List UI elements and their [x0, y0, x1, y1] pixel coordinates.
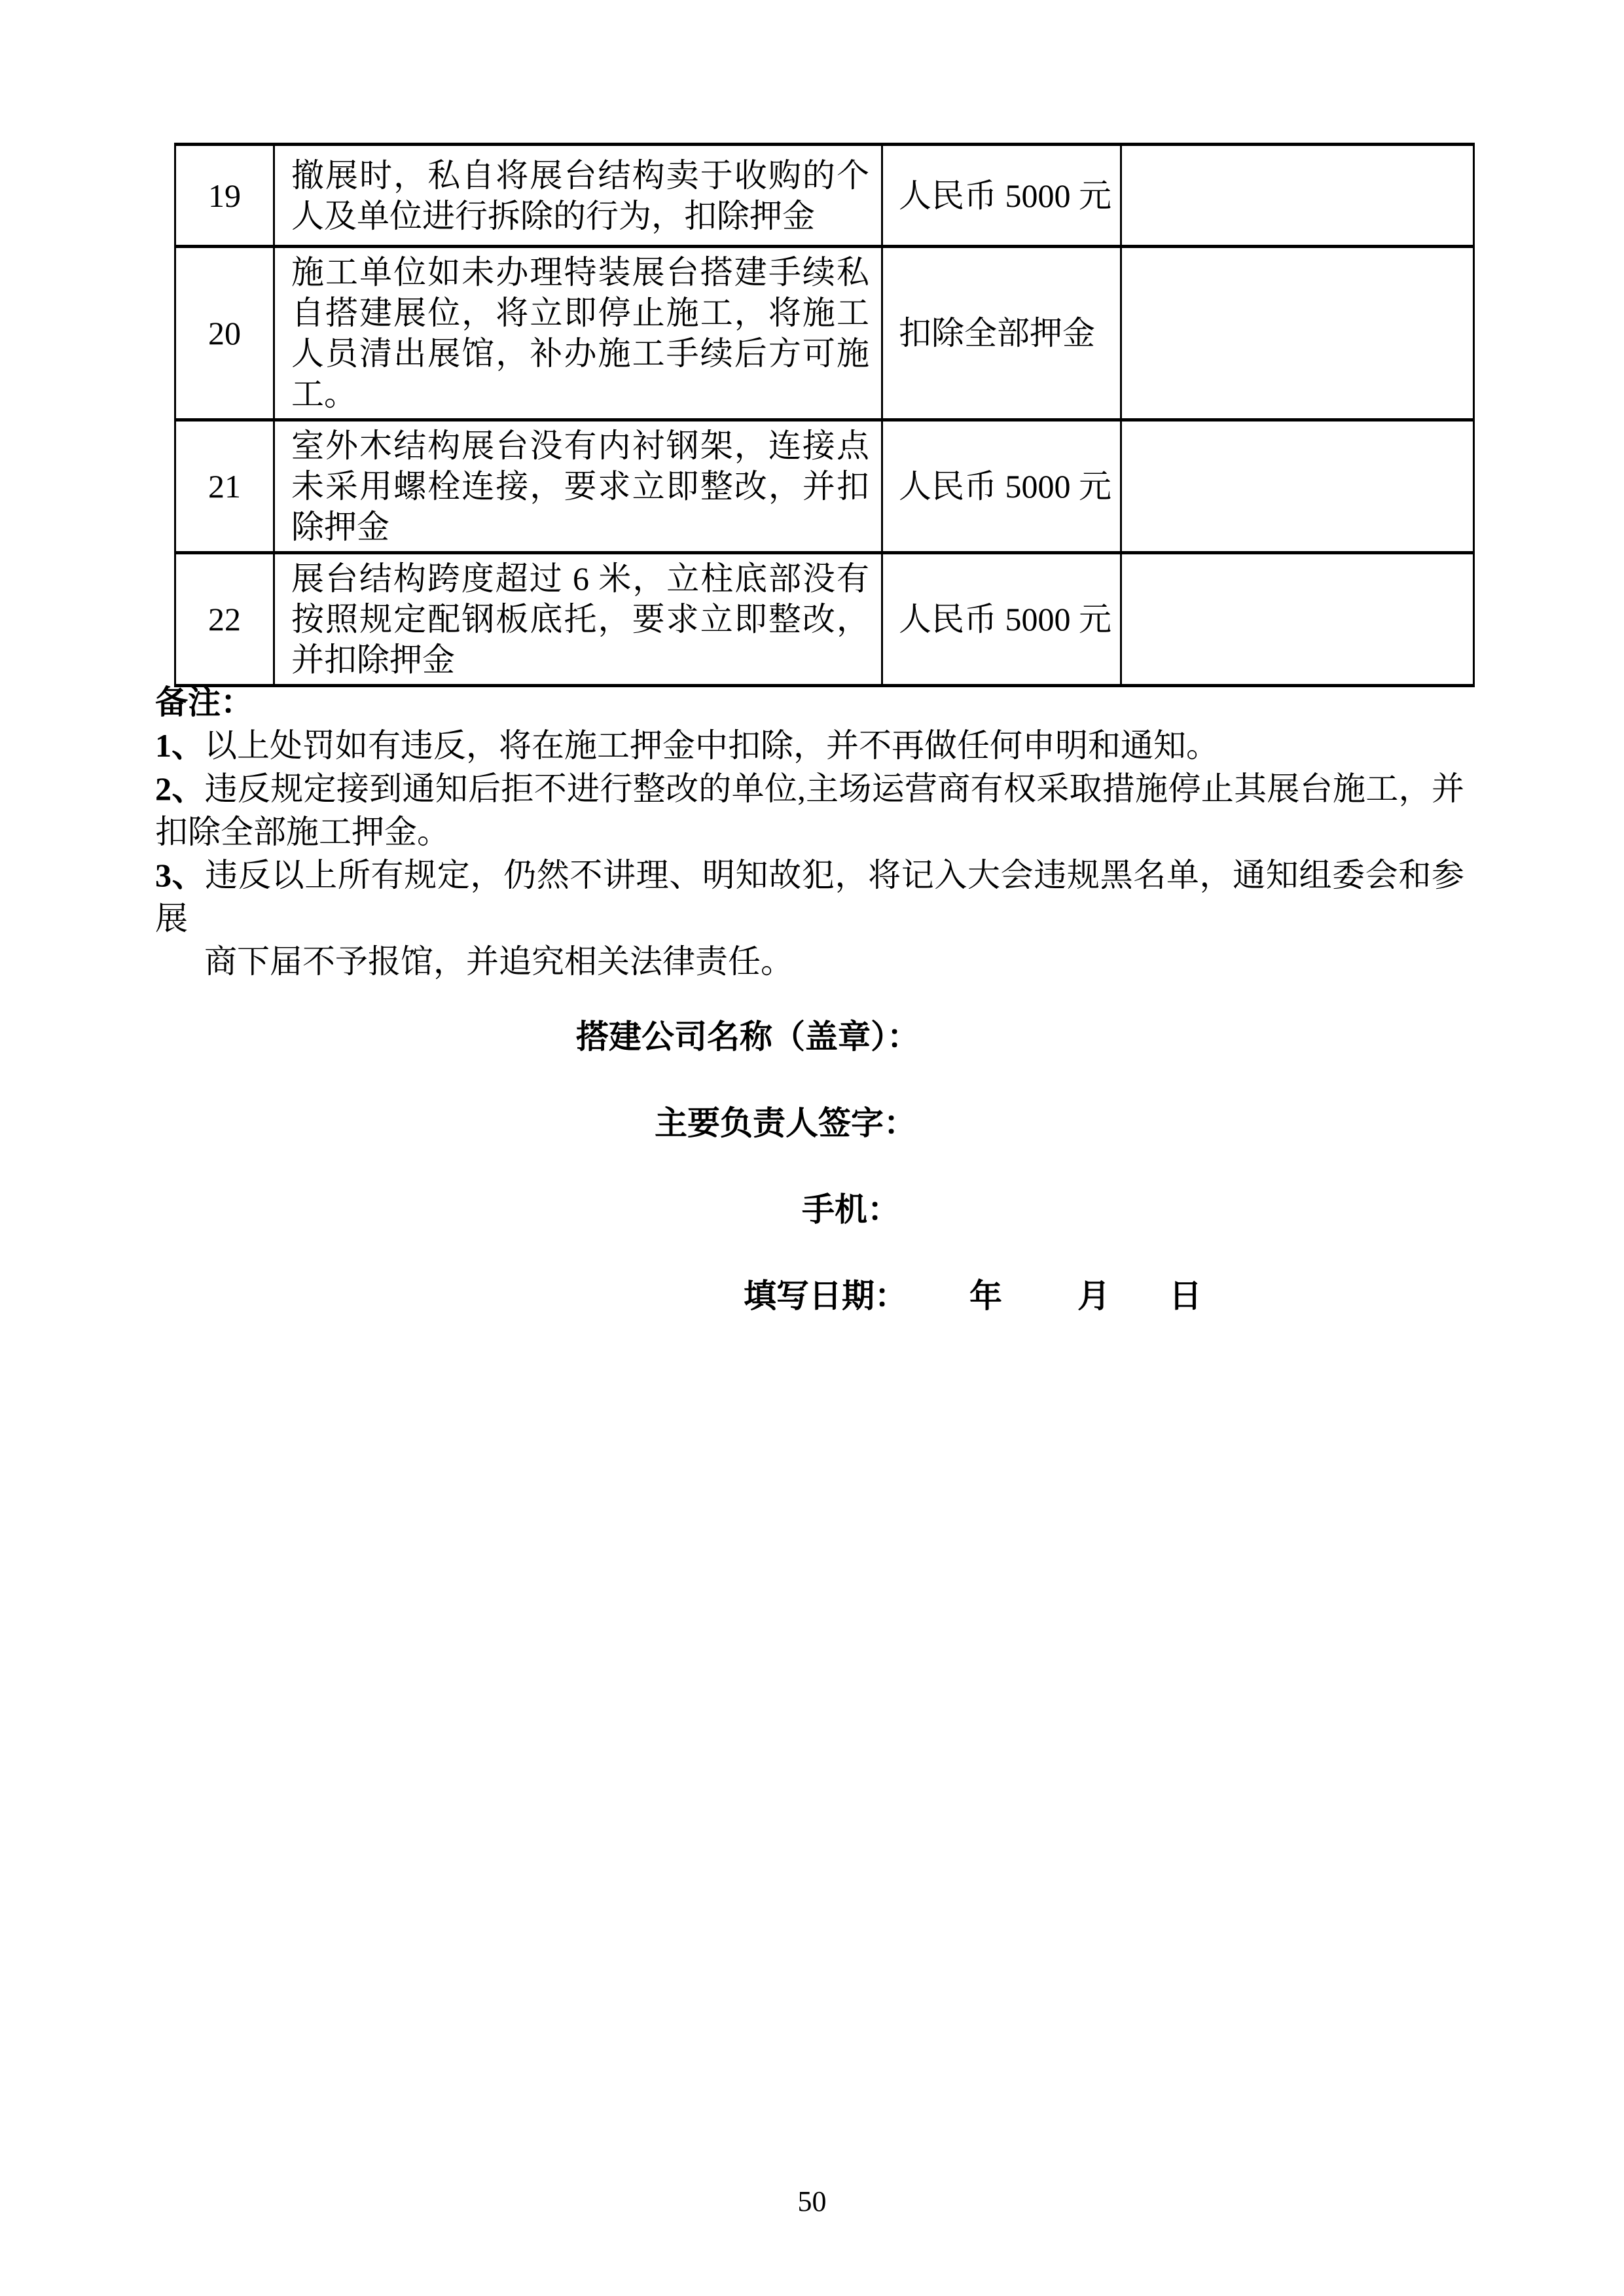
page-number: 50: [0, 2185, 1624, 2218]
mobile-label: 手机：: [802, 1191, 1464, 1228]
year-label: 年: [969, 1278, 1002, 1314]
note-2-number: 2、: [155, 770, 205, 807]
violation-cell: 撤展时，私自将展台结构卖于收购的个人及单位进行拆除的行为，扣除押金: [274, 145, 882, 247]
row-number-cell: 22: [175, 553, 274, 686]
remark-cell: [1121, 420, 1474, 553]
penalty-cell: 扣除全部押金: [882, 247, 1121, 420]
penalty-table: 19 撤展时，私自将展台结构卖于收购的个人及单位进行拆除的行为，扣除押金 人民币…: [174, 143, 1475, 687]
note-item-3-line-1: 3、违反以上所有规定，仍然不讲理、明知故犯，将记入大会违规黑名单，通知组委会和参…: [155, 853, 1464, 940]
note-3-number: 3、: [155, 857, 205, 893]
penalty-cell: 人民币 5000 元: [882, 145, 1121, 247]
day-label: 日: [1169, 1278, 1202, 1314]
fill-date-line: 填写日期：年月日: [744, 1278, 1464, 1314]
remark-cell: [1121, 247, 1474, 420]
principal-signature-label: 主要负责人签字：: [655, 1105, 1464, 1141]
penalty-cell: 人民币 5000 元: [882, 420, 1121, 553]
note-item-1: 1、以上处罚如有违反，将在施工押金中扣除，并不再做任何申明和通知。: [155, 724, 1464, 767]
remark-cell: [1121, 553, 1474, 686]
document-page: 19 撤展时，私自将展台结构卖于收购的个人及单位进行拆除的行为，扣除押金 人民币…: [0, 0, 1624, 2296]
notes-section: 备注： 1、以上处罚如有违反，将在施工押金中扣除，并不再做任何申明和通知。 2、…: [155, 681, 1464, 983]
penalty-cell: 人民币 5000 元: [882, 553, 1121, 686]
signature-block: 搭建公司名称（盖章）： 主要负责人签字： 手机： 填写日期：年月日: [155, 1018, 1464, 1364]
violation-cell: 展台结构跨度超过 6 米，立柱底部没有按照规定配钢板底托，要求立即整改，并扣除押…: [274, 553, 882, 686]
note-3-text: 违反以上所有规定，仍然不讲理、明知故犯，将记入大会违规黑名单，通知组委会和参展: [155, 857, 1464, 937]
table-row: 19 撤展时，私自将展台结构卖于收购的个人及单位进行拆除的行为，扣除押金 人民币…: [175, 145, 1474, 247]
table-row: 22 展台结构跨度超过 6 米，立柱底部没有按照规定配钢板底托，要求立即整改，并…: [175, 553, 1474, 686]
row-number-cell: 21: [175, 420, 274, 553]
note-item-3-line-2: 商下届不予报馆，并追究相关法律责任。: [204, 940, 1464, 983]
remark-cell: [1121, 145, 1474, 247]
note-item-2-line-1: 2、违反规定接到通知后拒不进行整改的单位,主场运营商有权采取措施停止其展台施工，…: [155, 767, 1464, 810]
company-name-label: 搭建公司名称（盖章）：: [576, 1018, 1464, 1055]
table-row: 21 室外木结构展台没有内衬钢架，连接点未采用螺栓连接，要求立即整改，并扣除押金…: [175, 420, 1474, 553]
notes-heading: 备注：: [155, 681, 1464, 724]
fill-date-label: 填写日期：: [744, 1278, 907, 1314]
note-2-text: 违反规定接到通知后拒不进行整改的单位,主场运营商有权采取措施停止其展台施工，并: [205, 770, 1464, 807]
note-item-2-line-2: 扣除全部施工押金。: [155, 810, 1464, 853]
table-row: 20 施工单位如未办理特装展台搭建手续私自搭建展位，将立即停止施工，将施工人员清…: [175, 247, 1474, 420]
month-label: 月: [1077, 1278, 1110, 1314]
note-1-text: 以上处罚如有违反，将在施工押金中扣除，并不再做任何申明和通知。: [204, 727, 1219, 764]
violation-cell: 室外木结构展台没有内衬钢架，连接点未采用螺栓连接，要求立即整改，并扣除押金: [274, 420, 882, 553]
row-number-cell: 19: [175, 145, 274, 247]
row-number-cell: 20: [175, 247, 274, 420]
note-1-number: 1、: [155, 727, 204, 764]
violation-cell: 施工单位如未办理特装展台搭建手续私自搭建展位，将立即停止施工，将施工人员清出展馆…: [274, 247, 882, 420]
